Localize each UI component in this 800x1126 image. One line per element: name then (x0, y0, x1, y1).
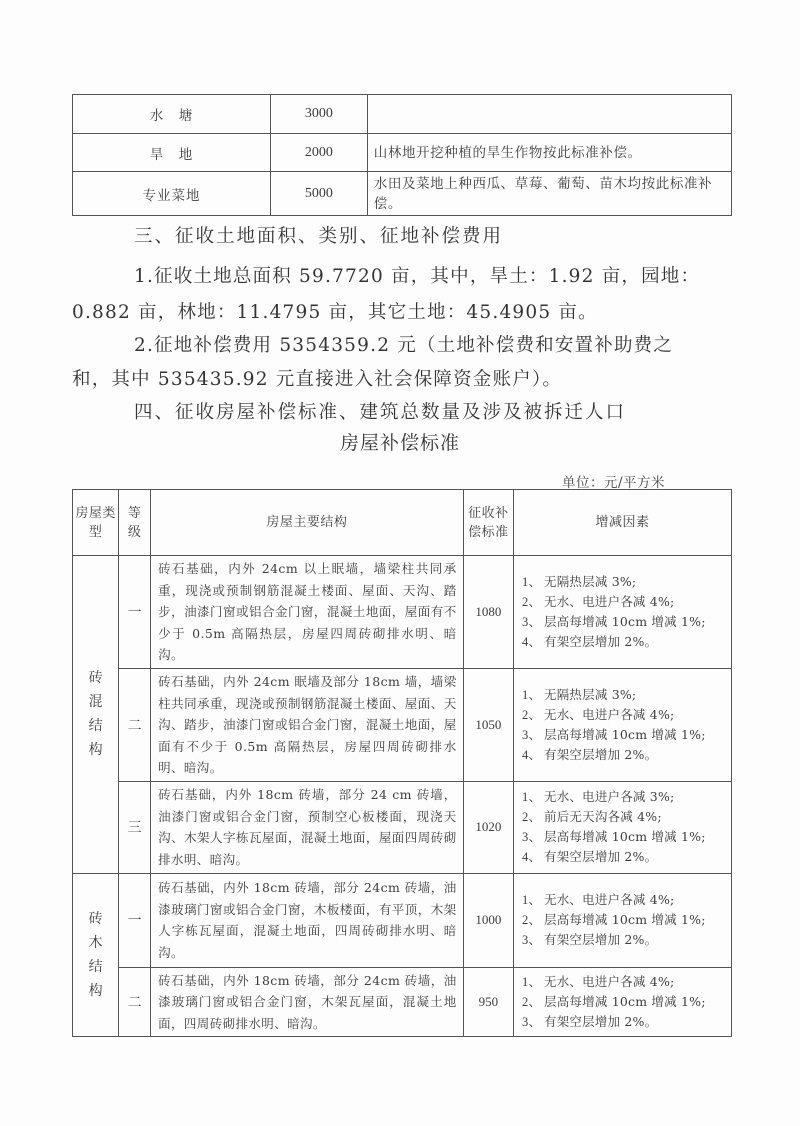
table-row: 砖混结构 一 砖石基础，内外 24cm 以上眠墙，墙梁柱共同承重，现浇或预制钢筋… (73, 556, 732, 669)
factor-item: 2、层高每增减 10cm 增减 1%; (522, 910, 723, 930)
house-type-cell: 砖木结构 (73, 873, 119, 1037)
factor-item: 2、无水、电进户各减 4%; (522, 705, 723, 725)
table-row: 砖木结构 一 砖石基础，内外 18cm 砖墙，部分 24cm 砖墙，油漆玻璃门窗… (73, 873, 732, 967)
table-header-row: 房屋类型 等级 房屋主要结构 征收补偿标准 增减因素 (73, 490, 732, 556)
structure-cell: 砖石基础，内外 18cm 砖墙，部分 24cm 砖墙，油漆玻璃门窗或铝合金门窗，… (151, 967, 464, 1037)
factors-cell: 1、无隔热层减 3%; 2、无水、电进户各减 4%; 3、层高每增减 10cm … (514, 556, 732, 669)
factor-item: 4、有架空层增加 2%。 (522, 745, 723, 765)
section3-item2-line2: 和，其中 535435.92 元直接进入社会保障资金账户）。 (72, 365, 562, 391)
factors-cell: 1、无水、电进户各减 3%; 2、前后无天沟各减 4%; 3、层高每增减 10c… (514, 781, 732, 873)
house-type-cell: 砖混结构 (73, 556, 119, 874)
table-title: 房屋补偿标准 (0, 428, 800, 455)
section3-heading: 三、征收土地面积、类别、征地补偿费用 (134, 222, 503, 248)
land-note-cell: 山林地开挖种植的旱生作物按此标准补偿。 (367, 134, 731, 172)
factor-item: 4、有架空层增加 2%。 (522, 632, 723, 652)
factor-item: 3、层高每增减 10cm 增减 1%; (522, 827, 723, 847)
land-price-cell: 5000 (271, 172, 368, 216)
section3-item1-line2: 0.882 亩，林地：11.4795 亩，其它土地：45.4905 亩。 (72, 298, 598, 324)
house-type-label: 砖混结构 (88, 666, 104, 762)
house-type-label: 砖木结构 (88, 907, 104, 1003)
standard-cell: 1080 (463, 556, 513, 669)
header-main-structure: 房屋主要结构 (151, 490, 464, 556)
house-compensation-table: 房屋类型 等级 房屋主要结构 征收补偿标准 增减因素 砖混结构 一 砖石基础，内… (72, 489, 732, 1037)
land-note-cell (367, 95, 731, 134)
grade-cell: 二 (119, 669, 151, 782)
section3-item2-line1: 2.征地补偿费用 5354359.2 元（土地补偿费和安置补助费之 (134, 331, 673, 357)
factor-item: 2、无水、电进户各减 4%; (522, 592, 723, 612)
document-page: 水 塘 3000 旱 地 2000 山林地开挖种植的旱生作物按此标准补偿。 专业… (0, 0, 800, 1126)
land-type-cell: 水 塘 (73, 95, 271, 134)
table-row: 水 塘 3000 (73, 95, 732, 134)
grade-cell: 三 (119, 781, 151, 873)
factor-item: 3、层高每增减 10cm 增减 1%; (522, 612, 723, 632)
standard-cell: 1050 (463, 669, 513, 782)
grade-cell: 二 (119, 967, 151, 1037)
factors-cell: 1、无水、电进户各减 4%; 2、层高每增减 10cm 增减 1%; 3、有架空… (514, 967, 732, 1037)
factor-item: 1、无隔热层减 3%; (522, 685, 723, 705)
factor-item: 1、无水、电进户各减 4%; (522, 972, 723, 992)
factor-item: 3、有架空层增加 2%。 (522, 1012, 723, 1032)
land-compensation-table: 水 塘 3000 旱 地 2000 山林地开挖种植的旱生作物按此标准补偿。 专业… (72, 94, 732, 216)
structure-cell: 砖石基础，内外 24cm 以上眠墙，墙梁柱共同承重，现浇或预制钢筋混凝土楼面、屋… (151, 556, 464, 669)
factor-item: 3、有架空层增加 2%。 (522, 930, 723, 950)
land-price-cell: 2000 (271, 134, 368, 172)
factor-item: 1、无隔热层减 3%; (522, 572, 723, 592)
standard-cell: 1020 (463, 781, 513, 873)
table-row: 二 砖石基础，内外 24cm 眠墙及部分 18cm 墙，墙梁柱共同承重，现浇或预… (73, 669, 732, 782)
land-note-cell: 水田及菜地上种西瓜、草莓、葡萄、苗木均按此标准补偿。 (367, 172, 731, 216)
header-grade: 等级 (119, 490, 151, 556)
table-row: 专业菜地 5000 水田及菜地上种西瓜、草莓、葡萄、苗木均按此标准补偿。 (73, 172, 732, 216)
standard-cell: 950 (463, 967, 513, 1037)
factor-item: 3、层高每增减 10cm 增减 1%; (522, 725, 723, 745)
header-compensation-standard: 征收补偿标准 (463, 490, 513, 556)
land-type-cell: 专业菜地 (73, 172, 271, 216)
factors-cell: 1、无水、电进户各减 4%; 2、层高每增减 10cm 增减 1%; 3、有架空… (514, 873, 732, 967)
structure-cell: 砖石基础，内外 18cm 砖墙，部分 24 cm 砖墙，油漆门窗或铝合金门窗，预… (151, 781, 464, 873)
standard-cell: 1000 (463, 873, 513, 967)
land-type-cell: 旱 地 (73, 134, 271, 172)
factor-item: 2、层高每增减 10cm 增减 1%; (522, 992, 723, 1012)
header-house-type: 房屋类型 (73, 490, 119, 556)
factor-item: 4、有架空层增加 2%。 (522, 847, 723, 867)
factor-item: 1、无水、电进户各减 4%; (522, 890, 723, 910)
grade-cell: 一 (119, 873, 151, 967)
table-row: 二 砖石基础，内外 18cm 砖墙，部分 24cm 砖墙，油漆玻璃门窗或铝合金门… (73, 967, 732, 1037)
land-price-cell: 3000 (271, 95, 368, 134)
structure-cell: 砖石基础，内外 24cm 眠墙及部分 18cm 墙，墙梁柱共同承重，现浇或预制钢… (151, 669, 464, 782)
table-row: 旱 地 2000 山林地开挖种植的旱生作物按此标准补偿。 (73, 134, 732, 172)
section4-heading: 四、征收房屋补偿标准、建筑总数量及涉及被拆迁人口 (134, 398, 626, 424)
unit-label: 单位：元/平方米 (562, 471, 665, 491)
factor-item: 1、无水、电进户各减 3%; (522, 787, 723, 807)
header-adjustment-factors: 增减因素 (514, 490, 732, 556)
structure-cell: 砖石基础，内外 18cm 砖墙，部分 24cm 砖墙，油漆玻璃门窗或铝合金门窗，… (151, 873, 464, 967)
factors-cell: 1、无隔热层减 3%; 2、无水、电进户各减 4%; 3、层高每增减 10cm … (514, 669, 732, 782)
table-row: 三 砖石基础，内外 18cm 砖墙，部分 24 cm 砖墙，油漆门窗或铝合金门窗… (73, 781, 732, 873)
section3-item1-line1: 1.征收土地总面积 59.7720 亩，其中，旱土：1.92 亩，园地： (134, 262, 700, 288)
factor-item: 2、前后无天沟各减 4%; (522, 807, 723, 827)
grade-cell: 一 (119, 556, 151, 669)
